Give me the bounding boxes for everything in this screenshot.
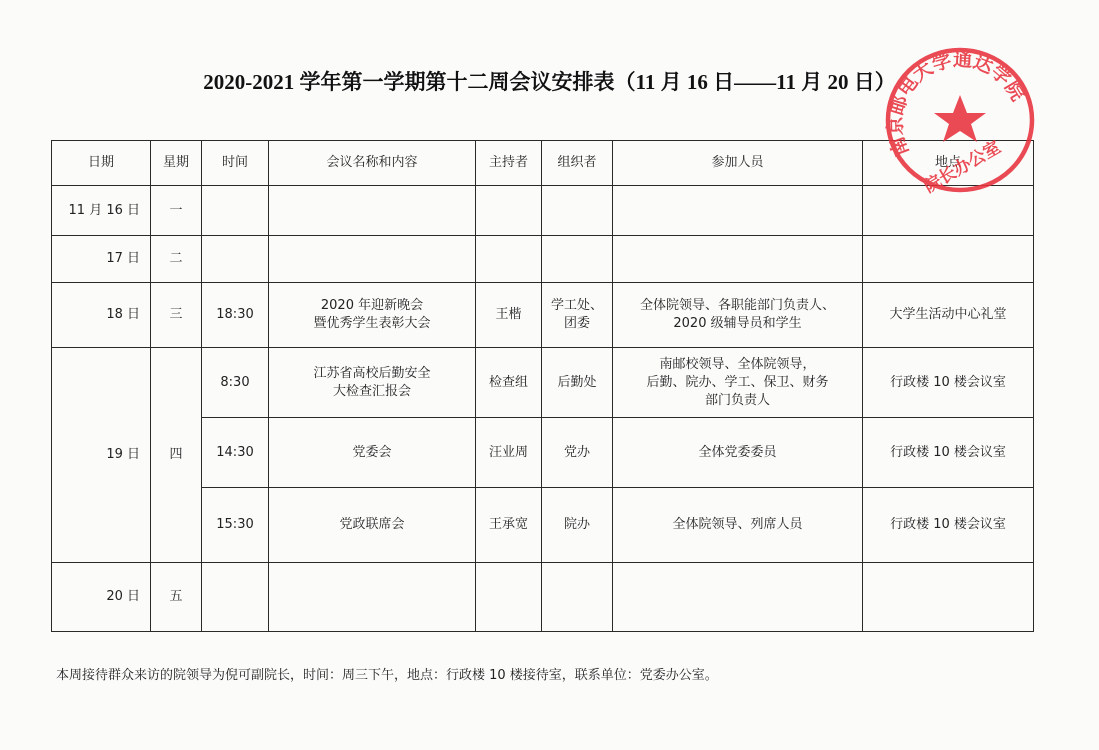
cell-host: 王承宽	[476, 488, 542, 563]
table-row: 17 日 二	[52, 236, 1034, 283]
cell-attendees	[613, 563, 863, 632]
cell-organizer: 党办	[542, 418, 613, 488]
cell-attendees: 南邮校领导、全体院领导， 后勤、院办、学工、保卫、财务 部门负责人	[613, 348, 863, 418]
table-header-row: 日期 星期 时间 会议名称和内容 主持者 组织者 参加人员 地点	[52, 141, 1034, 186]
cell-location: 大学生活动中心礼堂	[863, 283, 1034, 348]
cell-organizer: 院办	[542, 488, 613, 563]
header-location: 地点	[863, 141, 1034, 186]
cell-date: 18 日	[52, 283, 151, 348]
cell-date: 17 日	[52, 236, 151, 283]
cell-organizer	[542, 236, 613, 283]
cell-host: 王楷	[476, 283, 542, 348]
cell-meeting	[269, 563, 476, 632]
cell-meeting: 江苏省高校后勤安全 大检查汇报会	[269, 348, 476, 418]
cell-time	[202, 186, 269, 236]
cell-location	[863, 236, 1034, 283]
header-weekday: 星期	[151, 141, 202, 186]
cell-date: 20 日	[52, 563, 151, 632]
cell-location	[863, 563, 1034, 632]
cell-time	[202, 563, 269, 632]
cell-meeting	[269, 186, 476, 236]
header-host: 主持者	[476, 141, 542, 186]
header-date: 日期	[52, 141, 151, 186]
cell-attendees: 全体党委委员	[613, 418, 863, 488]
table-row: 19 日 四 8:30 江苏省高校后勤安全 大检查汇报会 检查组 后勤处 南邮校…	[52, 348, 1034, 418]
header-time: 时间	[202, 141, 269, 186]
cell-host	[476, 236, 542, 283]
cell-meeting: 党委会	[269, 418, 476, 488]
title-date-range: （11 月 16 日——11 月 20 日）	[615, 70, 896, 94]
cell-weekday: 四	[151, 348, 202, 563]
cell-location	[863, 186, 1034, 236]
cell-organizer: 后勤处	[542, 348, 613, 418]
table-row: 18 日 三 18:30 2020 年迎新晚会 暨优秀学生表彰大会 王楷 学工处…	[52, 283, 1034, 348]
header-attendees: 参加人员	[613, 141, 863, 186]
cell-weekday: 五	[151, 563, 202, 632]
cell-weekday: 二	[151, 236, 202, 283]
cell-organizer: 学工处、 团委	[542, 283, 613, 348]
cell-host: 检查组	[476, 348, 542, 418]
cell-date: 19 日	[52, 348, 151, 563]
cell-attendees: 全体院领导、各职能部门负责人、 2020 级辅导员和学生	[613, 283, 863, 348]
cell-date: 11 月 16 日	[52, 186, 151, 236]
cell-location: 行政楼 10 楼会议室	[863, 418, 1034, 488]
cell-time: 15:30	[202, 488, 269, 563]
table-row: 11 月 16 日 一	[52, 186, 1034, 236]
meeting-schedule-table: 日期 星期 时间 会议名称和内容 主持者 组织者 参加人员 地点 11 月 16…	[51, 140, 1034, 632]
document-title: 2020-2021 学年第一学期第十二周会议安排表（11 月 16 日——11 …	[0, 66, 1099, 96]
cell-organizer	[542, 563, 613, 632]
header-meeting: 会议名称和内容	[269, 141, 476, 186]
cell-time: 14:30	[202, 418, 269, 488]
cell-time: 18:30	[202, 283, 269, 348]
cell-meeting: 党政联席会	[269, 488, 476, 563]
cell-host	[476, 563, 542, 632]
cell-meeting: 2020 年迎新晚会 暨优秀学生表彰大会	[269, 283, 476, 348]
cell-weekday: 一	[151, 186, 202, 236]
cell-time: 8:30	[202, 348, 269, 418]
cell-attendees	[613, 186, 863, 236]
cell-time	[202, 236, 269, 283]
cell-attendees: 全体院领导、列席人员	[613, 488, 863, 563]
cell-location: 行政楼 10 楼会议室	[863, 348, 1034, 418]
title-main: 2020-2021 学年第一学期第十二周会议安排表	[203, 70, 614, 94]
cell-host	[476, 186, 542, 236]
footer-note: 本周接待群众来访的院领导为倪可副院长，时间：周三下午，地点：行政楼 10 楼接待…	[56, 664, 718, 683]
cell-host: 汪业周	[476, 418, 542, 488]
table-row: 20 日 五	[52, 563, 1034, 632]
cell-organizer	[542, 186, 613, 236]
cell-location: 行政楼 10 楼会议室	[863, 488, 1034, 563]
cell-attendees	[613, 236, 863, 283]
cell-meeting	[269, 236, 476, 283]
cell-weekday: 三	[151, 283, 202, 348]
header-organizer: 组织者	[542, 141, 613, 186]
